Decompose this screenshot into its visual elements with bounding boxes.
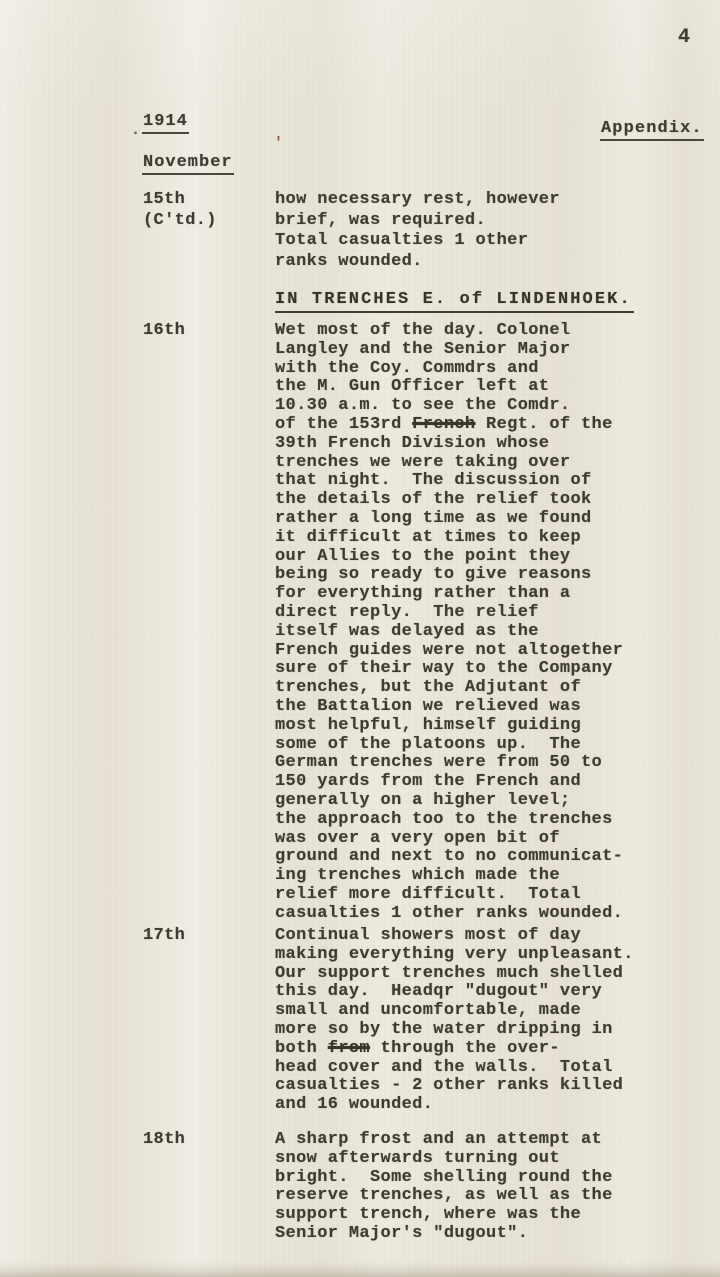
entry-date: 17th — [143, 927, 185, 946]
entry-date: 15th (C'td.) — [143, 190, 217, 231]
appendix-label: Appendix. — [600, 119, 704, 141]
entry-text: how necessary rest, however brief, was r… — [275, 190, 667, 272]
stray-ink-mark: ' — [274, 135, 283, 152]
year-label: 1914 — [142, 112, 189, 134]
entry-text: Continual showers most of day making eve… — [275, 927, 667, 1115]
struck-out-word: from — [328, 1039, 370, 1058]
diary-page: 4 . 1914 Appendix. ' November 15th (C'td… — [0, 0, 720, 1277]
stray-ink-dot: . — [131, 122, 140, 139]
page-number: 4 — [678, 26, 690, 49]
entry-date: 16th — [143, 322, 185, 341]
entry-text: Wet most of the day. Colonel Langley and… — [275, 322, 667, 924]
entry-date: 18th — [143, 1131, 185, 1150]
struck-out-word: French — [412, 415, 475, 434]
section-heading: IN TRENCHES E. of LINDENHOEK. — [275, 290, 634, 313]
entry-text: A sharp frost and an attempt at snow aft… — [275, 1131, 667, 1244]
month-label: November — [142, 153, 234, 175]
